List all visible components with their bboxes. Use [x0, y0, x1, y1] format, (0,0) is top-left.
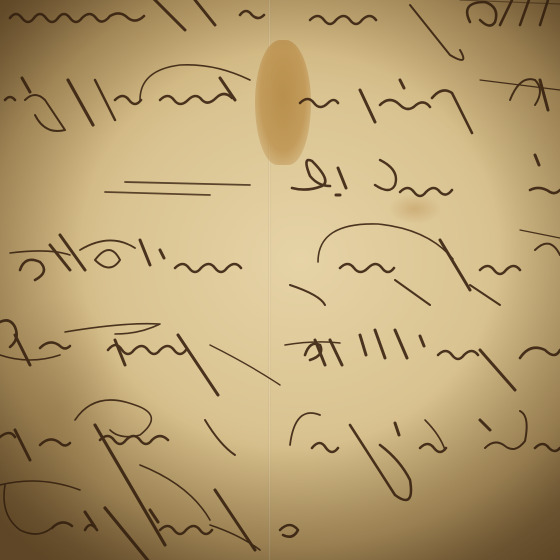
handwriting-ink — [0, 0, 560, 560]
manuscript-photo — [0, 0, 560, 560]
